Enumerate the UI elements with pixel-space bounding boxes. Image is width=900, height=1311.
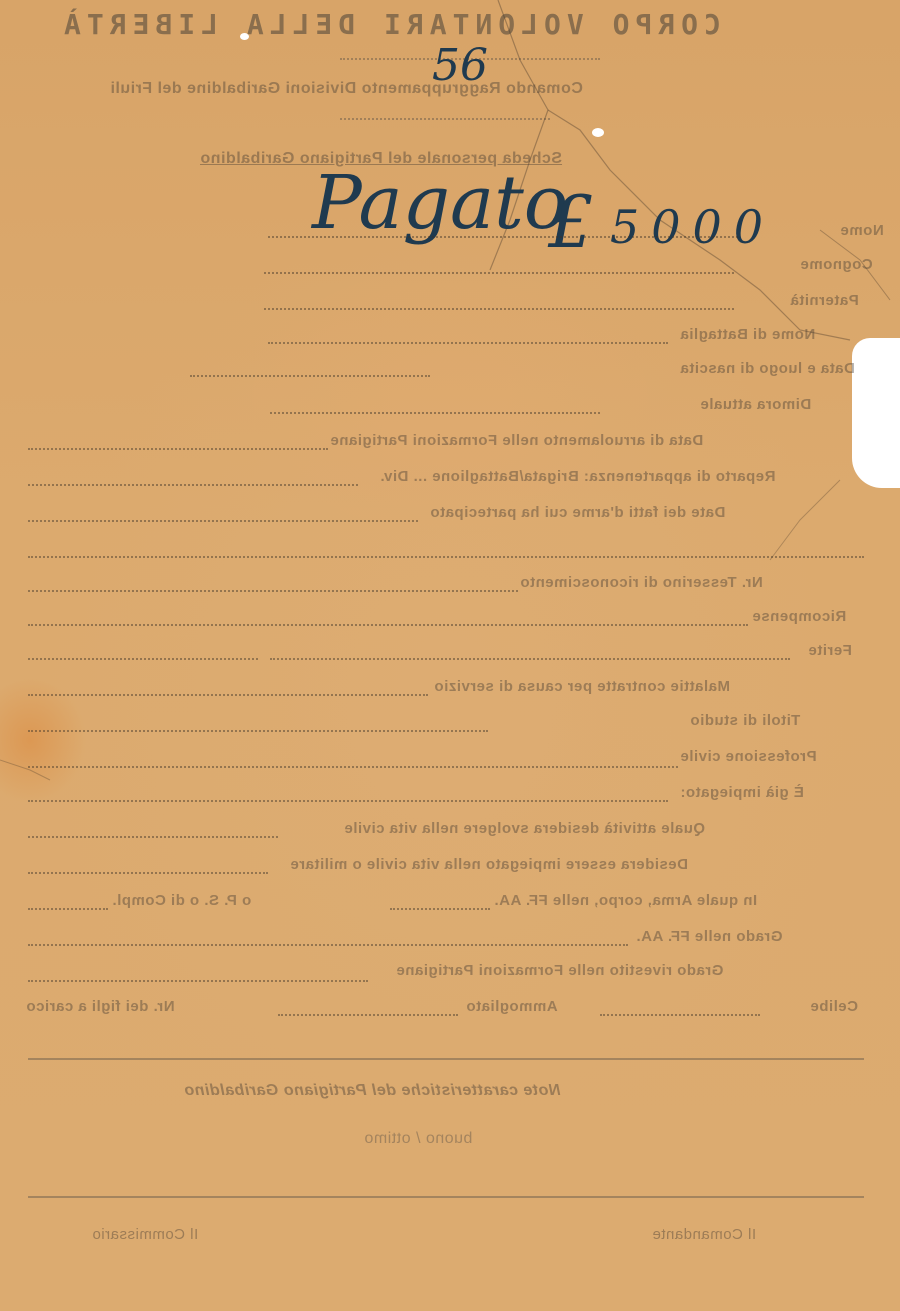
field-line — [28, 980, 368, 982]
signature-label-right: Il Comandante — [652, 1226, 756, 1243]
field-label-extra: Ammogliato — [466, 998, 558, 1015]
field-line — [28, 800, 668, 802]
field-line — [28, 556, 864, 558]
field-label: Cognome — [800, 256, 873, 273]
field-line — [28, 766, 678, 768]
handwritten-currency: £ — [548, 180, 594, 264]
field-label: Grado nelle FF. AA. — [636, 928, 782, 945]
field-line — [28, 448, 328, 450]
field-label: Titoli di studio — [690, 712, 800, 729]
field-label: Nome di Battaglia — [680, 326, 815, 343]
field-line — [28, 520, 418, 522]
handwritten-number: 56 — [432, 40, 488, 91]
field-label: Quale attività desidera svolgere nella v… — [344, 820, 705, 837]
field-line — [268, 342, 668, 344]
footer-rule — [28, 1196, 864, 1198]
field-line — [270, 412, 600, 414]
field-label: Data di arruolamento nelle Formazioni Pa… — [330, 432, 703, 449]
form-title: CORPO VOLONTARI DELLA LIBERTÀ — [58, 8, 721, 41]
field-label: Data e luogo di nascita — [680, 360, 855, 377]
field-label: Ferite — [808, 642, 852, 659]
field-line — [28, 908, 108, 910]
field-label: Grado rivestito nelle Formazioni Partigi… — [396, 962, 723, 979]
field-label-extra: Nr. dei figli a carico — [26, 998, 175, 1015]
field-line — [28, 624, 748, 626]
field-line — [264, 308, 734, 310]
handwritten-amount: 5000 — [610, 200, 775, 254]
field-line — [600, 1014, 760, 1016]
field-label: Ricompense — [752, 608, 846, 625]
field-line — [278, 1014, 458, 1016]
field-line — [28, 836, 278, 838]
field-label: Dimora attuale — [700, 396, 811, 413]
field-line — [28, 590, 518, 592]
field-line — [190, 375, 430, 377]
field-line — [390, 908, 490, 910]
field-label: È già impiegato: — [680, 784, 804, 801]
field-line — [28, 730, 488, 732]
field-line — [28, 658, 258, 660]
notes-value: buono / ottimo — [364, 1130, 472, 1148]
form-subtitle: Comando Raggruppamento Divisioni Garibal… — [110, 80, 583, 98]
field-label: Professione civile — [680, 748, 817, 765]
field-line — [270, 658, 790, 660]
header-rule — [340, 118, 550, 120]
field-label: Nr. Tesserino di riconoscimento — [520, 574, 763, 591]
field-label: Celibe — [810, 998, 858, 1015]
field-line — [28, 944, 628, 946]
field-label: Date dei fatti d'arme cui ha partecipato — [430, 504, 725, 521]
notes-title: Note caratteristiche del Partigiano Gari… — [184, 1082, 560, 1100]
signature-label-left: Il Commissario — [92, 1226, 198, 1243]
field-label: Paternità — [790, 292, 859, 309]
field-label: Malattie contratte per causa di servizio — [434, 678, 730, 695]
field-line — [28, 694, 428, 696]
field-label: In quale Arma, corpo, nelle FF. AA. — [494, 892, 757, 909]
handwritten-paid: Pagato — [312, 160, 568, 246]
field-label: Desidera essere impiegato nella vita civ… — [290, 856, 688, 873]
footer-rule — [28, 1058, 864, 1060]
field-line — [28, 484, 358, 486]
field-label: Nome — [840, 222, 884, 239]
field-line — [264, 272, 734, 274]
field-line — [268, 236, 738, 238]
field-line — [28, 872, 268, 874]
field-label: Reparto di appartenenza: Brigata/Battagl… — [380, 468, 775, 485]
field-label-extra: o P. S. o di Compl. — [112, 892, 251, 909]
